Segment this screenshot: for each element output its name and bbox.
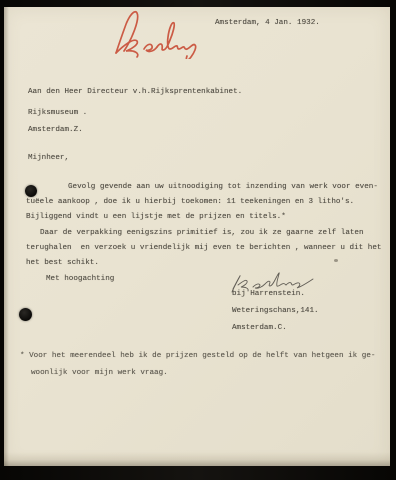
punch-hole-bottom xyxy=(19,308,32,321)
body-line-2: tuëele aankoop , doe ik u hierbij toekom… xyxy=(26,198,354,207)
recipient-line-2: Rijksmuseum . xyxy=(28,109,87,118)
closing-line: Met hoogachting xyxy=(46,275,114,284)
handwritten-annotation-bendien xyxy=(102,5,212,59)
recipient-line-1: Aan den Heer Directeur v.h.Rijksprentenk… xyxy=(28,88,242,97)
signature-line-3: Amsterdam.C. xyxy=(232,324,287,333)
body-line-1: Gevolg gevende aan uw uitnoodiging tot i… xyxy=(68,183,378,192)
body-line-6: het best schikt. xyxy=(26,259,99,268)
date-line: Amsterdam, 4 Jan. 1932. xyxy=(215,19,320,28)
body-line-5: terughalen en verzoek u vriendelijk mij … xyxy=(26,244,381,253)
body-line-3: Bijliggend vindt u een lijstje met de pr… xyxy=(26,213,286,222)
footnote-line-1: * Voor het meerendeel heb ik de prijzen … xyxy=(20,352,375,361)
letter-page: Amsterdam, 4 Jan. 1932. Aan den Heer Dir… xyxy=(4,7,390,466)
ink-smudge xyxy=(334,259,338,262)
recipient-line-3: Amsterdam.Z. xyxy=(28,126,83,135)
salutation: Mijnheer, xyxy=(28,154,69,163)
signature-line-1: bij Harrenstein. xyxy=(232,290,305,299)
punch-hole-top xyxy=(25,185,37,197)
signature-line-2: Weteringschans,141. xyxy=(232,307,319,316)
footnote-line-2: woonlijk voor mijn werk vraag. xyxy=(31,369,168,378)
body-line-4: Daar de verpakking eenigszins primitief … xyxy=(40,229,364,238)
